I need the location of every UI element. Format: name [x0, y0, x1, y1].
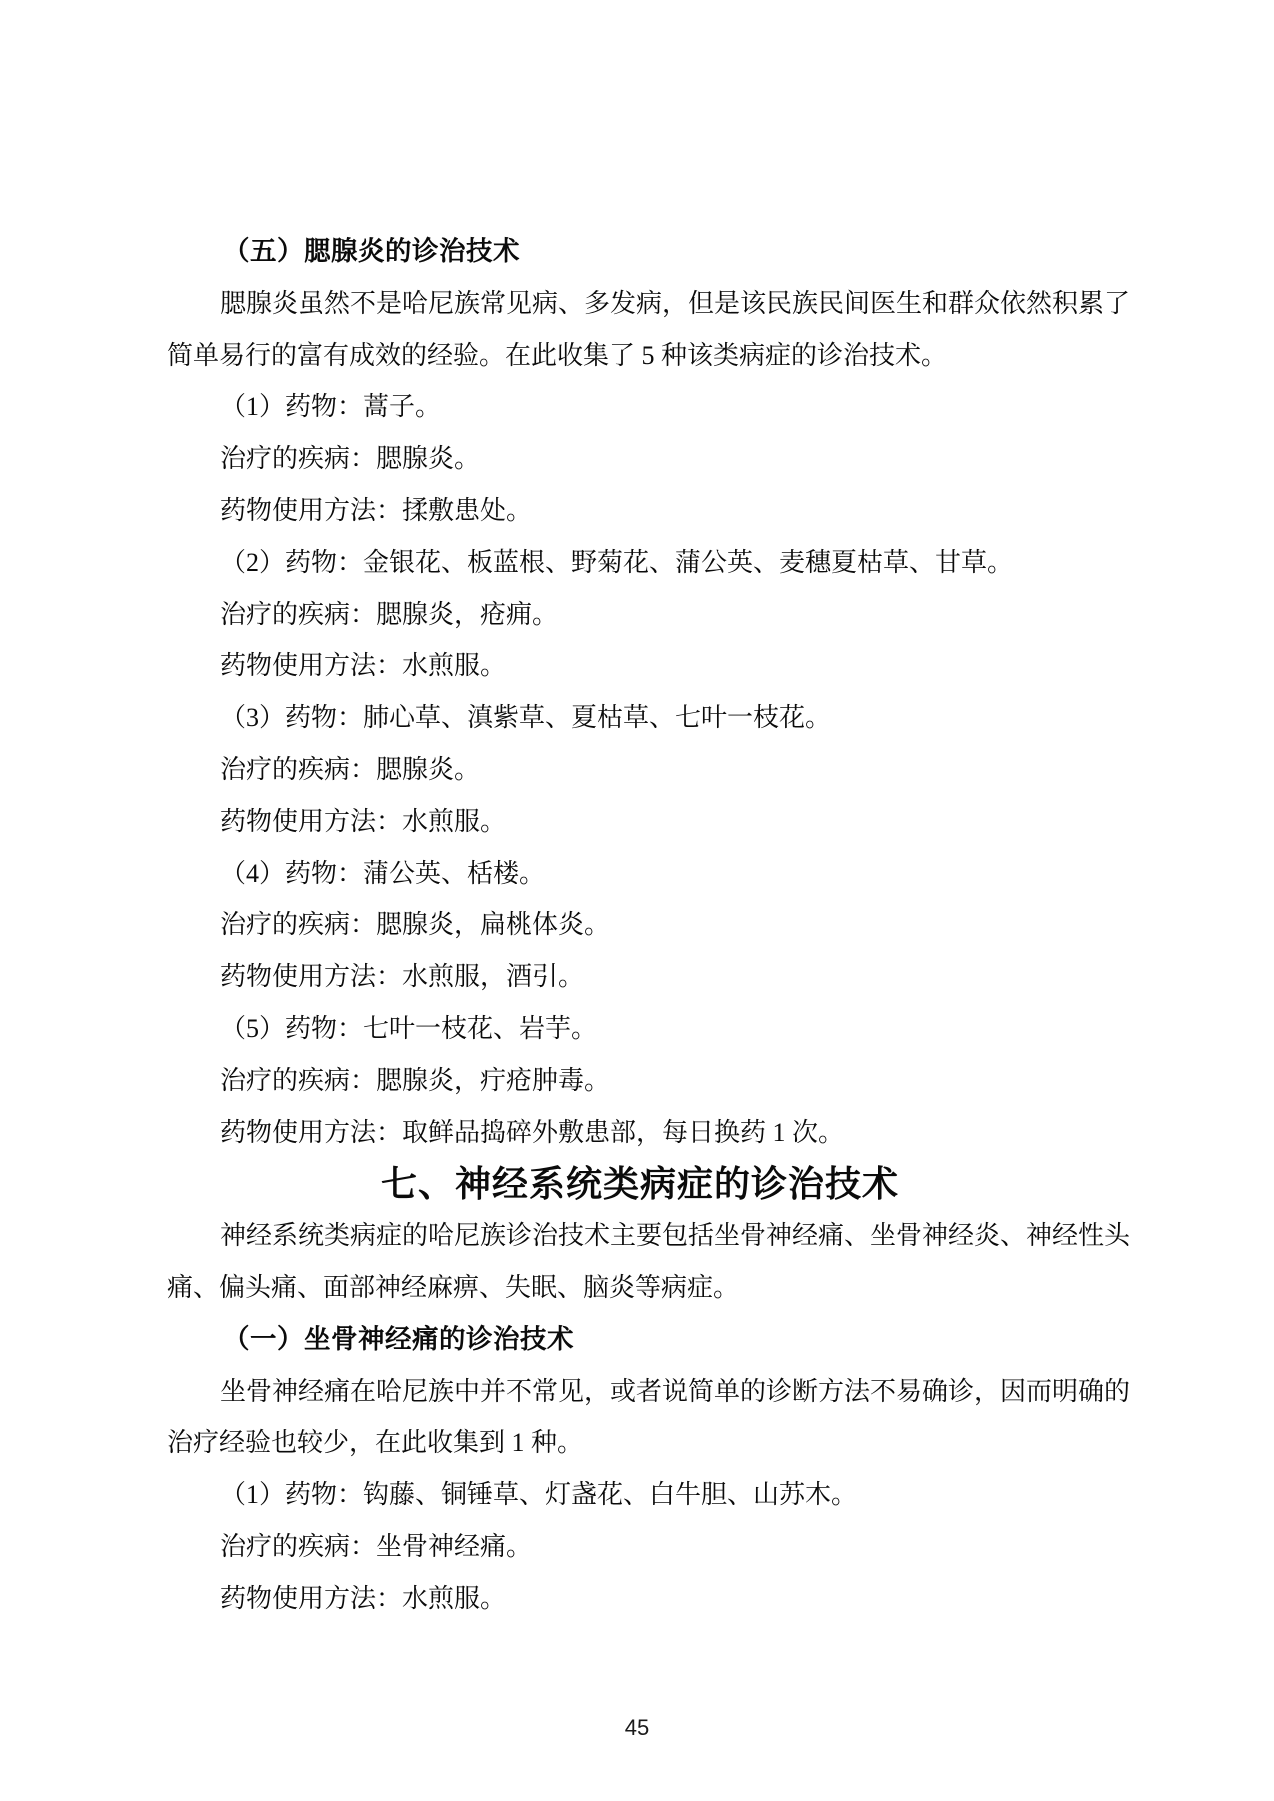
body-text-line: 治疗的疾病：腮腺炎，疔疮肿毒。 [167, 1055, 1113, 1107]
body-text-line: 治疗的疾病：坐骨神经痛。 [167, 1521, 1113, 1573]
body-text-line: 治疗的疾病：腮腺炎，扁桃体炎。 [167, 899, 1113, 951]
body-text-line: 药物使用方法：揉敷患处。 [167, 485, 1113, 537]
body-text-line: 治疗的疾病：腮腺炎，疮痈。 [167, 589, 1113, 641]
body-text-line: 治疗的疾病：腮腺炎。 [167, 744, 1113, 796]
page-number: 45 [0, 1714, 1274, 1742]
body-text-line: 药物使用方法：水煎服，酒引。 [167, 951, 1113, 1003]
body-text-line: （4）药物：蒲公英、栝楼。 [167, 848, 1113, 900]
body-text-line: （3）药物：肺心草、滇紫草、夏枯草、七叶一枝花。 [167, 692, 1113, 744]
body-text-line: （1）药物：钩藤、铜锤草、灯盏花、白牛胆、山苏木。 [167, 1469, 1113, 1521]
body-text-line: 药物使用方法：水煎服。 [167, 796, 1113, 848]
body-text-line: 痛、偏头痛、面部神经麻痹、失眠、脑炎等病症。 [167, 1262, 1113, 1314]
body-text-line: 药物使用方法：水煎服。 [167, 640, 1113, 692]
body-text-line: 神经系统类病症的哈尼族诊治技术主要包括坐骨神经痛、坐骨神经炎、神经性头 [167, 1210, 1113, 1262]
body-text-line: 药物使用方法：水煎服。 [167, 1573, 1113, 1625]
body-text-line: （1）药物：蒿子。 [167, 381, 1113, 433]
body-text-line: 简单易行的富有成效的经验。在此收集了 5 种该类病症的诊治技术。 [167, 330, 1113, 382]
body-text-line: 坐骨神经痛在哈尼族中并不常见，或者说简单的诊断方法不易确诊，因而明确的 [167, 1366, 1113, 1418]
body-text-line: （5）药物：七叶一枝花、岩芋。 [167, 1003, 1113, 1055]
body-text-line: 药物使用方法：取鲜品捣碎外敷患部，每日换药 1 次。 [167, 1107, 1113, 1159]
section-heading: （五）腮腺炎的诊治技术 [167, 226, 1113, 278]
section-heading: （一）坐骨神经痛的诊治技术 [167, 1314, 1113, 1366]
document-body: （五）腮腺炎的诊治技术腮腺炎虽然不是哈尼族常见病、多发病，但是该民族民间医生和群… [167, 226, 1113, 1625]
body-text-line: 治疗的疾病：腮腺炎。 [167, 433, 1113, 485]
document-page: （五）腮腺炎的诊治技术腮腺炎虽然不是哈尼族常见病、多发病，但是该民族民间医生和群… [0, 0, 1274, 1801]
chapter-heading: 七、神经系统类病症的诊治技术 [167, 1158, 1113, 1210]
body-text-line: 治疗经验也较少，在此收集到 1 种。 [167, 1417, 1113, 1469]
body-text-line: 腮腺炎虽然不是哈尼族常见病、多发病，但是该民族民间医生和群众依然积累了 [167, 278, 1113, 330]
body-text-line: （2）药物：金银花、板蓝根、野菊花、蒲公英、麦穗夏枯草、甘草。 [167, 537, 1113, 589]
